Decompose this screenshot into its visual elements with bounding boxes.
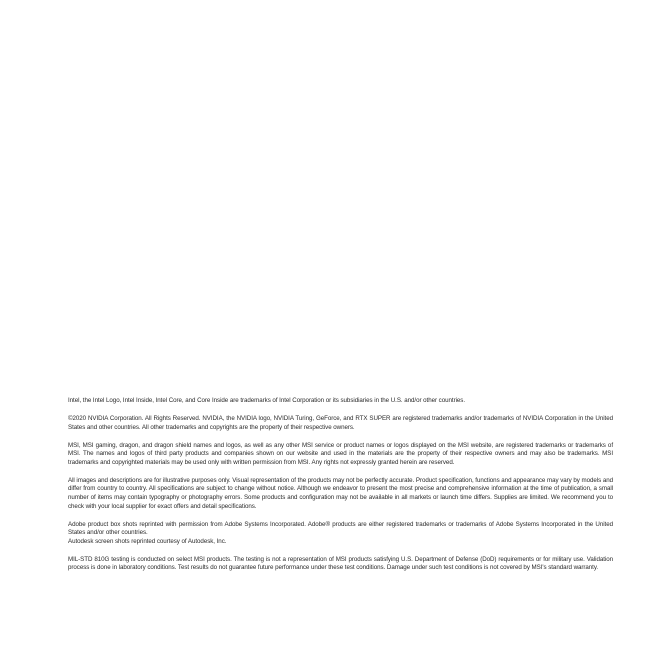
illustrative-purposes-notice: All images and descriptions are for illu…	[68, 477, 613, 511]
msi-trademark-notice: MSI, MSI gaming, dragon, and dragon shie…	[68, 442, 613, 468]
notice-text: Intel, the Intel Logo, Intel Inside, Int…	[68, 397, 613, 406]
mil-std-notice: MIL-STD 810G testing is conducted on sel…	[68, 556, 613, 573]
notice-text: All images and descriptions are for illu…	[68, 477, 613, 511]
notice-text: ©2020 NVIDIA Corporation. All Rights Res…	[68, 415, 613, 432]
adobe-autodesk-notice: Adobe product box shots reprinted with p…	[68, 521, 613, 547]
nvidia-trademark-notice: ©2020 NVIDIA Corporation. All Rights Res…	[68, 415, 613, 432]
legal-disclaimer: Intel, the Intel Logo, Intel Inside, Int…	[68, 397, 613, 582]
notice-text: MSI, MSI gaming, dragon, and dragon shie…	[68, 442, 613, 468]
notice-text: MIL-STD 810G testing is conducted on sel…	[68, 556, 613, 573]
notice-text: Autodesk screen shots reprinted courtesy…	[68, 538, 613, 547]
notice-text: Adobe product box shots reprinted with p…	[68, 521, 613, 538]
intel-trademark-notice: Intel, the Intel Logo, Intel Inside, Int…	[68, 397, 613, 406]
